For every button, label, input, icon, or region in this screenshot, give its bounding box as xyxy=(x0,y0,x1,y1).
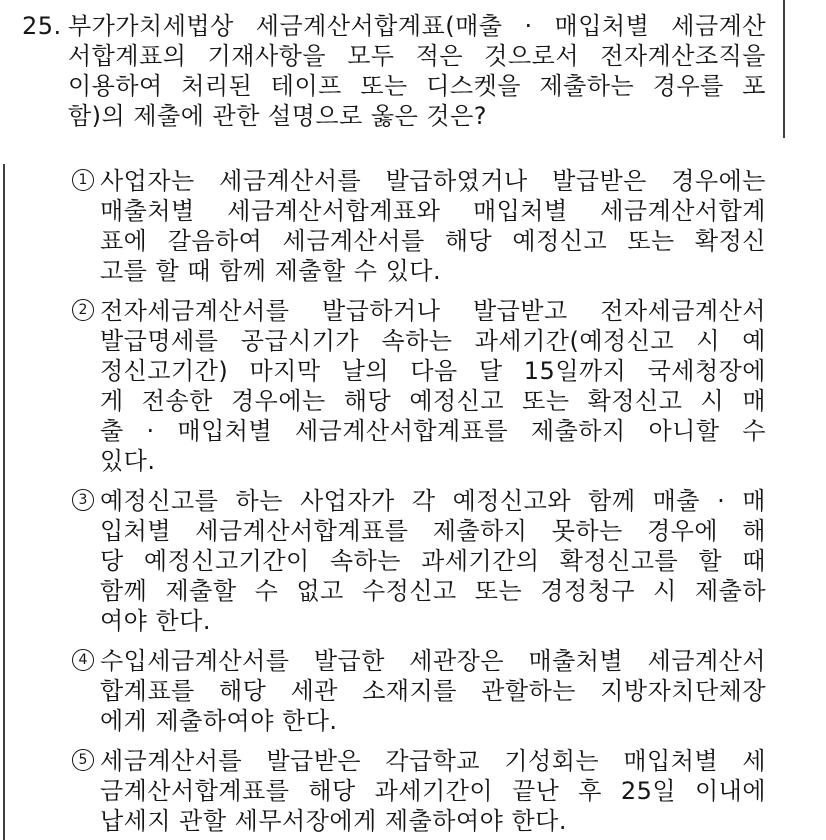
circled-number: 2 xyxy=(72,299,94,321)
option-item: 2 전자세금계산서를 발급하거나 발급받고 전자세금계산서발급명세를 공급시기가… xyxy=(72,296,766,476)
option-item: 1 사업자는 세금계산서를 발급하였거나 발급받은 경우에는매출처별 세금계산서… xyxy=(72,166,766,286)
option-line: 당 예정신고기간이 속하는 과세기간의 확정신고를 할 때 xyxy=(100,546,766,576)
option-item: 4 수입세금계산서를 발급한 세관장은 매출처별 세금계산서합계표를 해당 세관… xyxy=(72,646,766,736)
option-item: 3 예정신고를 하는 사업자가 각 예정신고와 함께 매출 · 매입처별 세금계… xyxy=(72,486,766,636)
column-rule-left xyxy=(3,164,5,840)
option-line: 금계산서합계표를 해당 과세기간이 끝난 후 25일 이내에 xyxy=(100,776,766,806)
question-number: 25. xyxy=(22,11,68,41)
question-block: 25. 부가가치세법상 세금계산서합계표(매출 · 매입처별 세금계산서합계표의… xyxy=(22,11,766,131)
option-line: 정신고기간) 마지막 날의 다음 달 15일까지 국세청장에 xyxy=(100,356,766,386)
option-line: 수입세금계산서를 발급한 세관장은 매출처별 세금계산서 xyxy=(100,646,766,676)
question-line: 서합계표의 기재사항을 모두 적은 것으로서 전자계산조직을 xyxy=(68,41,766,71)
question-line: 함)의 제출에 관한 설명으로 옳은 것은? xyxy=(68,101,766,131)
option-line: 사업자는 세금계산서를 발급하였거나 발급받은 경우에는 xyxy=(100,166,766,196)
exam-page: 25. 부가가치세법상 세금계산서합계표(매출 · 매입처별 세금계산서합계표의… xyxy=(0,0,826,840)
circled-number: 1 xyxy=(72,169,94,191)
option-line: 여야 한다. xyxy=(100,606,766,636)
option-line: 출 · 매입처별 세금계산서합계표를 제출하지 아니할 수 xyxy=(100,416,766,446)
circled-number: 4 xyxy=(72,649,94,671)
option-line: 납세지 관할 세무서장에게 제출하여야 한다. xyxy=(100,806,766,836)
option-line: 표에 갈음하여 세금계산서를 해당 예정신고 또는 확정신 xyxy=(100,226,766,256)
option-line: 고를 할 때 함께 제출할 수 있다. xyxy=(100,256,766,286)
option-line: 있다. xyxy=(100,446,766,476)
circled-number: 3 xyxy=(72,489,94,511)
option-line: 발급명세를 공급시기가 속하는 과세기간(예정신고 시 예 xyxy=(100,326,766,356)
option-marker: 1 xyxy=(72,166,100,191)
column-rule-right xyxy=(783,0,785,138)
question-line: 이용하여 처리된 테이프 또는 디스켓을 제출하는 경우를 포 xyxy=(68,71,766,101)
option-text: 세금계산서를 발급받은 각급학교 기성회는 매입처별 세금계산서합계표를 해당 … xyxy=(100,746,766,836)
option-line: 합계표를 해당 세관 소재지를 관할하는 지방자치단체장 xyxy=(100,676,766,706)
option-marker: 2 xyxy=(72,296,100,321)
question-line: 부가가치세법상 세금계산서합계표(매출 · 매입처별 세금계산 xyxy=(68,11,766,41)
option-line: 에게 제출하여야 한다. xyxy=(100,706,766,736)
option-line: 전자세금계산서를 발급하거나 발급받고 전자세금계산서 xyxy=(100,296,766,326)
option-line: 함께 제출할 수 없고 수정신고 또는 경정청구 시 제출하 xyxy=(100,576,766,606)
option-line: 예정신고를 하는 사업자가 각 예정신고와 함께 매출 · 매 xyxy=(100,486,766,516)
option-line: 입처별 세금계산서합계표를 제출하지 못하는 경우에 해 xyxy=(100,516,766,546)
option-text: 사업자는 세금계산서를 발급하였거나 발급받은 경우에는매출처별 세금계산서합계… xyxy=(100,166,766,286)
options-list: 1 사업자는 세금계산서를 발급하였거나 발급받은 경우에는매출처별 세금계산서… xyxy=(72,166,766,840)
option-marker: 3 xyxy=(72,486,100,511)
option-text: 수입세금계산서를 발급한 세관장은 매출처별 세금계산서합계표를 해당 세관 소… xyxy=(100,646,766,736)
option-line: 세금계산서를 발급받은 각급학교 기성회는 매입처별 세 xyxy=(100,746,766,776)
option-text: 예정신고를 하는 사업자가 각 예정신고와 함께 매출 · 매입처별 세금계산서… xyxy=(100,486,766,636)
question-text: 부가가치세법상 세금계산서합계표(매출 · 매입처별 세금계산서합계표의 기재사… xyxy=(68,11,766,131)
option-marker: 5 xyxy=(72,746,100,771)
circled-number: 5 xyxy=(72,749,94,771)
option-marker: 4 xyxy=(72,646,100,671)
option-item: 5 세금계산서를 발급받은 각급학교 기성회는 매입처별 세금계산서합계표를 해… xyxy=(72,746,766,836)
option-line: 매출처별 세금계산서합계표와 매입처별 세금계산서합계 xyxy=(100,196,766,226)
option-line: 게 전송한 경우에는 해당 예정신고 또는 확정신고 시 매 xyxy=(100,386,766,416)
option-text: 전자세금계산서를 발급하거나 발급받고 전자세금계산서발급명세를 공급시기가 속… xyxy=(100,296,766,476)
